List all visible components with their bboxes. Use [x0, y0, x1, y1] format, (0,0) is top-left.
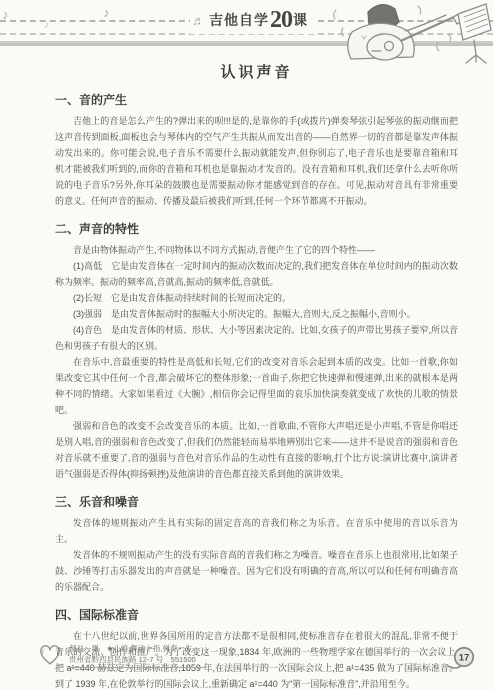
page-footer: 郝益 男 ★心语:舞动十指,弹奏一生 贵州省黔西县民族路 12-7 号 5515… — [36, 636, 476, 682]
penpal-note: 郝益 男 ★心语:舞动十指,弹奏一生 贵州省黔西县民族路 12-7 号 5515… — [69, 643, 206, 668]
heart-icon — [36, 641, 64, 667]
penpal-name-motto: 郝益 男 ★心语:舞动十指,弹奏一生 — [69, 643, 196, 654]
body-paragraph: 强弱和音色的改变不会改变音乐的本质。比如,一首歌曲,不管你大声唱还是小声唱,不管… — [55, 418, 458, 482]
list-item-pitch: (1)高低 它是由发音体在一定时间内的振动次数而决定的,我们把发音体在单位时间内… — [55, 258, 458, 290]
section-heading: 一、音的产生 — [55, 91, 458, 108]
section-heading: 三、乐音和噪音 — [55, 493, 458, 510]
list-item-dynamics: (3)强弱 是由发音体振动时的振幅大小所决定的。振幅大,音则大,反之振幅小,音则… — [55, 306, 458, 322]
body-paragraph: 在音乐中,音最重要的特性是高低和长短,它们的改变对音乐会起到本质的改变。比如一首… — [55, 354, 458, 418]
list-item-duration: (2)长短 它是由发音体振动持续时间的长短而决定的。 — [55, 290, 458, 306]
page-number: 17 — [459, 653, 470, 664]
music-note-icon: ♪ — [102, 5, 110, 21]
guitarist-illustration — [288, 0, 493, 64]
book-page: ♪ ♪ ♪ ♪ ♬ 吉他自学 20 课 — [0, 0, 493, 690]
section-heading: 四、国际标准音 — [55, 606, 458, 623]
section-sound-characteristics: 二、声音的特性 音是由物体振动产生,不同物体以不同方式振动,音便产生了它的四个特… — [55, 220, 458, 482]
page-content: 认识声音 一、音的产生 吉他上的音是怎么产生的?弹出来的呗!!!是的,是靠你的手… — [55, 61, 458, 690]
list-item-timbre: (4)音色 是由发音体的材质、形状、大小等因素决定的。比如,女孩子的声带比男孩子… — [55, 322, 458, 354]
section-sound-production: 一、音的产生 吉他上的音是怎么产生的?弹出来的呗!!!是的,是靠你的手(或拨片)… — [55, 91, 458, 209]
body-paragraph: 吉他上的音是怎么产生的?弹出来的呗!!!是的,是靠你的手(或拨片)弹奏琴弦引起琴… — [55, 113, 458, 209]
page-title: 认识声音 — [55, 61, 458, 82]
body-paragraph: 发音体的规则振动产生具有实际的固定音高的音我们称之为乐音。在音乐中使用的音以乐音… — [55, 515, 458, 547]
section-tone-and-noise: 三、乐音和噪音 发音体的规则振动产生具有实际的固定音高的音我们称之为乐音。在音乐… — [55, 493, 458, 595]
page-number-badge: 17 — [446, 645, 476, 671]
logo-text-prefix: 吉他自学 — [209, 13, 269, 27]
body-paragraph: 发音体的不规则振动产生的没有实际音高的音我们称之为噪音。噪音在音乐上也很常用,比… — [55, 547, 458, 595]
penpal-address: 贵州省黔西县民族路 12-7 号 551500 — [69, 654, 196, 665]
body-paragraph: 音是由物体振动产生,不同物体以不同方式振动,音便产生了它的四个特性—— — [55, 242, 458, 258]
music-notes-icon: ♬ — [192, 14, 205, 27]
section-heading: 二、声音的特性 — [55, 220, 458, 237]
